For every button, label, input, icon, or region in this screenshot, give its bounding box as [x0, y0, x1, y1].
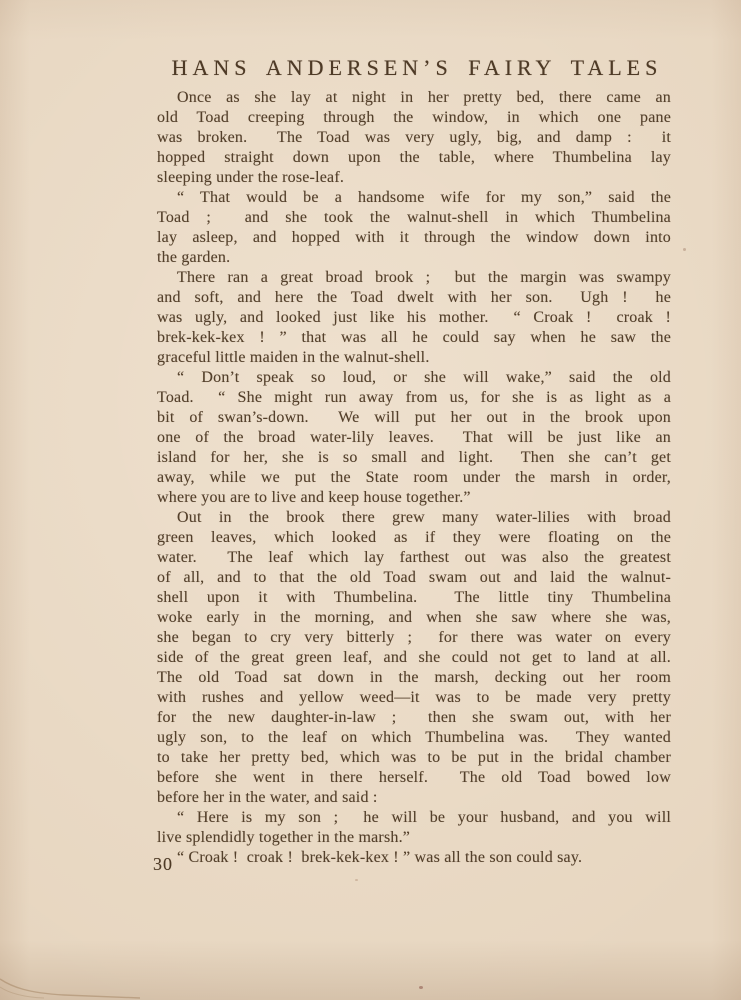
text-line: was ugly, and looked just like his mothe…: [157, 308, 671, 328]
paper-speck: [683, 248, 686, 251]
text-line: shell upon it with Thumbelina. The littl…: [157, 588, 671, 608]
text-line: before her in the water, and said :: [157, 788, 671, 808]
text-line: bit of swan’s-down. We will put her out …: [157, 408, 671, 428]
text-line: hopped straight down upon the table, whe…: [157, 148, 671, 168]
text-line: “ That would be a handsome wife for my s…: [157, 188, 671, 208]
paper-speck: [419, 986, 423, 989]
running-head: HANS ANDERSEN’S FAIRY TALES: [157, 55, 677, 81]
paper-speck: [355, 879, 358, 881]
page-edge-crease: [0, 972, 140, 1000]
book-page: HANS ANDERSEN’S FAIRY TALES Once as she …: [0, 0, 741, 1000]
page-text: Once as she lay at night in her pretty b…: [157, 88, 671, 868]
text-line: lay asleep, and hopped with it through t…: [157, 228, 671, 248]
text-line: sleeping under the rose-leaf.: [157, 168, 671, 188]
text-line: was broken. The Toad was very ugly, big,…: [157, 128, 671, 148]
text-line: with rushes and yellow weed—it was to be…: [157, 688, 671, 708]
text-line: where you are to live and keep house tog…: [157, 488, 671, 508]
text-line: Toad ; and she took the walnut-shell in …: [157, 208, 671, 228]
text-line: “ Croak ! croak ! brek-kek-kex ! ” was a…: [157, 848, 671, 868]
text-line: for the new daughter-in-law ; then she s…: [157, 708, 671, 728]
text-line: water. The leaf which lay farthest out w…: [157, 548, 671, 568]
text-line: brek-kek-kex ! ” that was all he could s…: [157, 328, 671, 348]
text-line: ugly son, to the leaf on which Thumbelin…: [157, 728, 671, 748]
text-line: she began to cry very bitterly ; for the…: [157, 628, 671, 648]
text-line: There ran a great broad brook ; but the …: [157, 268, 671, 288]
text-line: Toad. “ She might run away from us, for …: [157, 388, 671, 408]
text-line: “ Here is my son ; he will be your husba…: [157, 808, 671, 828]
text-line: Out in the brook there grew many water-l…: [157, 508, 671, 528]
page-number: 30: [153, 854, 173, 875]
text-line: of all, and to that the old Toad swam ou…: [157, 568, 671, 588]
text-line: Once as she lay at night in her pretty b…: [157, 88, 671, 108]
text-line: “ Don’t speak so loud, or she will wake,…: [157, 368, 671, 388]
text-line: before she went in there herself. The ol…: [157, 768, 671, 788]
text-line: woke early in the morning, and when she …: [157, 608, 671, 628]
text-line: green leaves, which looked as if they we…: [157, 528, 671, 548]
text-line: away, while we put the State room under …: [157, 468, 671, 488]
text-line: live splendidly together in the marsh.”: [157, 828, 671, 848]
text-line: island for her, she is so small and ligh…: [157, 448, 671, 468]
text-line: The old Toad sat down in the marsh, deck…: [157, 668, 671, 688]
text-line: old Toad creeping through the window, in…: [157, 108, 671, 128]
text-line: and soft, and here the Toad dwelt with h…: [157, 288, 671, 308]
text-line: the garden.: [157, 248, 671, 268]
text-line: side of the great green leaf, and she co…: [157, 648, 671, 668]
text-line: graceful little maiden in the walnut-she…: [157, 348, 671, 368]
text-line: one of the broad water-lily leaves. That…: [157, 428, 671, 448]
text-line: to take her pretty bed, which was to be …: [157, 748, 671, 768]
